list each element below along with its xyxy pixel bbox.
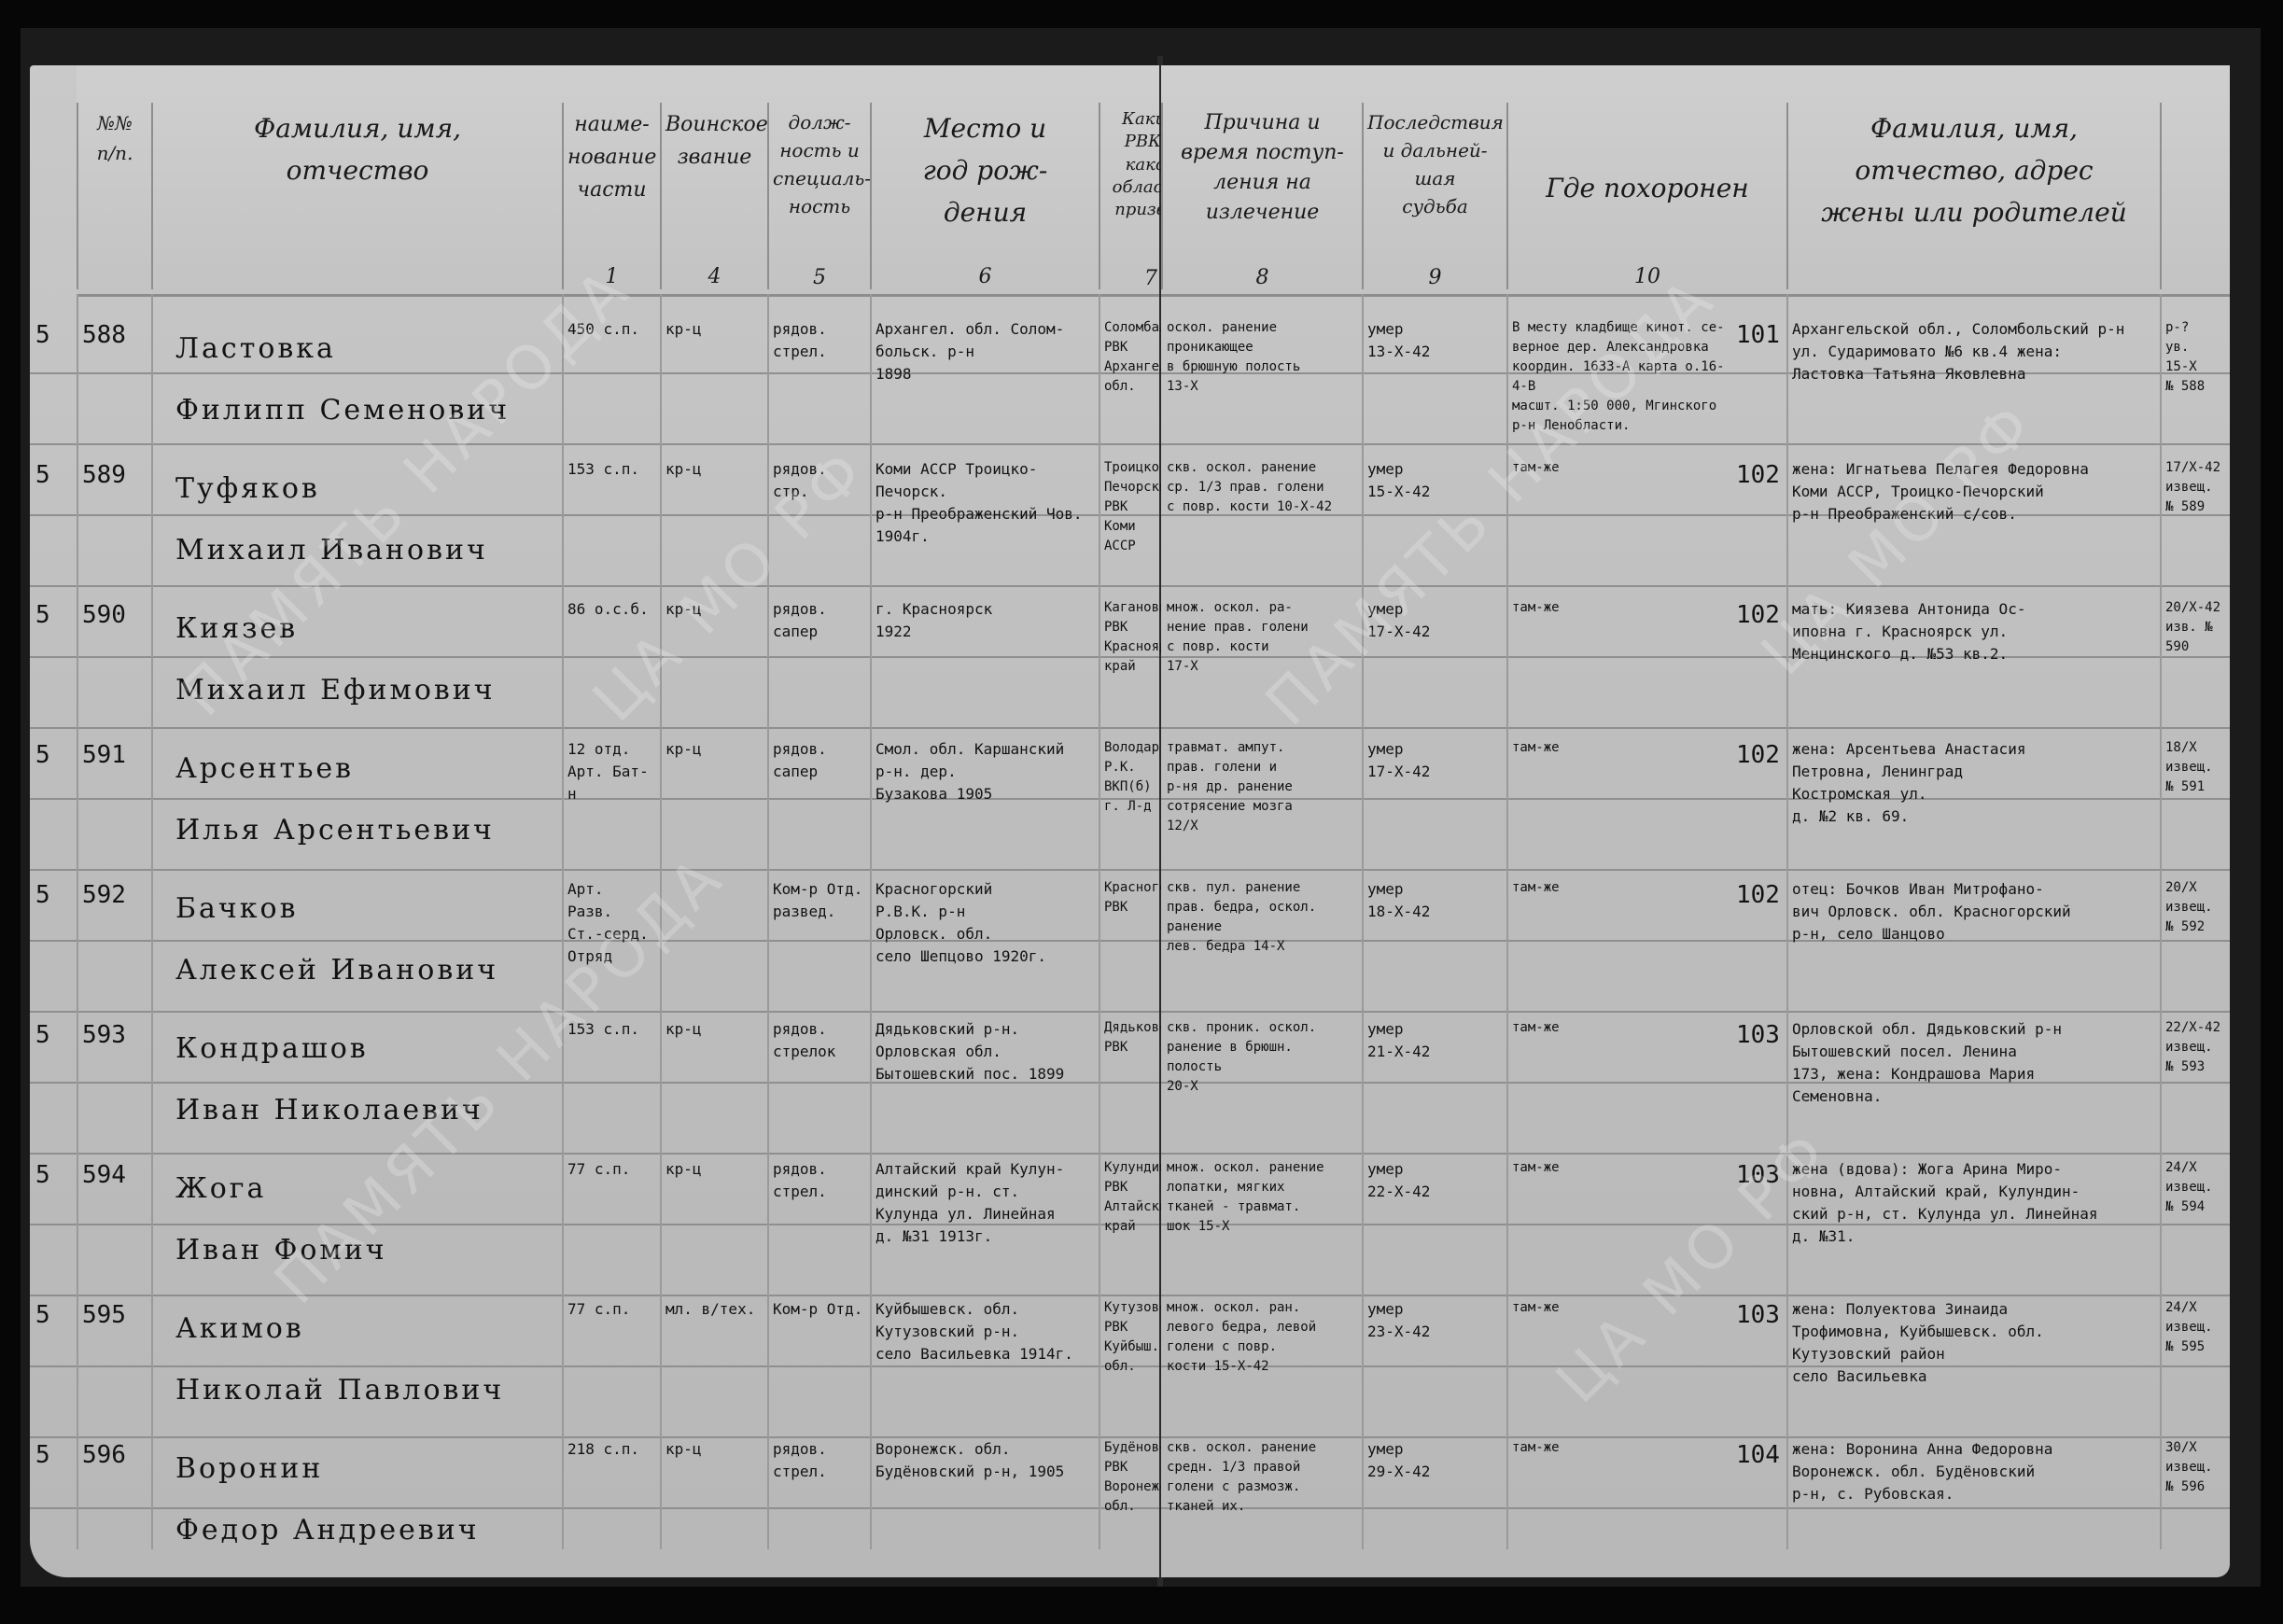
cell-no: 589 <box>77 456 151 583</box>
cell-note: 20/X-42 изв. № 590 <box>2160 596 2230 723</box>
cell-rvk: Володар. Р.К. ВКП(б) г. Л-д <box>1099 736 1164 863</box>
cell-relatives: жена: Полуектова Зинаида Трофимовна, Куй… <box>1786 1296 2160 1423</box>
col-header-num: 8 <box>1163 263 1362 293</box>
cell-relatives: Архангельской обл., Соломбольский р-н ул… <box>1786 316 2160 443</box>
cell-cause: оскол. ранение проникающее в брюшную пол… <box>1161 316 1362 443</box>
cell-no: 593 <box>77 1016 151 1143</box>
cell-outcome: умер 29-X-42 <box>1362 1436 1506 1563</box>
cell-margin: 5 <box>30 876 77 1003</box>
cell-outcome: умер 15-X-42 <box>1362 456 1506 583</box>
cell-relatives: отец: Бочков Иван Митрофано- вич Орловск… <box>1786 876 2160 1003</box>
cell-birth: Красногорский Р.В.К. р-н Орловск. обл. с… <box>870 876 1099 1003</box>
cell-birth: Дядьковский р-н. Орловская обл. Бытошевс… <box>870 1016 1099 1143</box>
soldier-name: Арсентьев Илья Арсентьевич <box>170 736 562 863</box>
cell-grave: 104 <box>1730 1436 1786 1563</box>
col-header-position: долж- ность и специаль- ность5 <box>767 103 870 289</box>
cell-birth: Воронежск. обл. Будёновский р-н, 1905 <box>870 1436 1099 1563</box>
cell-unit: Арт. Разв. Ст.-серд. Отряд <box>562 876 660 1003</box>
cell-outcome: умер 17-X-42 <box>1362 596 1506 723</box>
cell-outcome: умер 22-X-42 <box>1362 1156 1506 1283</box>
col-header-num: 4 <box>662 260 767 293</box>
soldier-name: Ластовка Филипп Семенович <box>170 316 562 443</box>
cell-burial: там-же <box>1506 456 1730 583</box>
cell-birth: Алтайский край Кулун- динский р-н. ст. К… <box>870 1156 1099 1283</box>
cell-cause: скв. пул. ранение прав. бедра, оскол. ра… <box>1161 876 1362 1003</box>
col-header-num: 9 <box>1364 262 1506 293</box>
left-header: №№ п/п. Фамилия, имя, отчество наиме- но… <box>77 65 1159 297</box>
cell-rank: кр-ц <box>660 1016 767 1143</box>
cell-grave: 102 <box>1730 456 1786 583</box>
cell-position: Ком-р Отд. развед. <box>767 876 870 1003</box>
register-row: множ. оскол. ра- нение прав. голени с по… <box>1161 583 2230 723</box>
col-header-outcome: Последствия и дальней- шая судьба9 <box>1362 103 1506 289</box>
cell-note: 24/X извещ. № 594 <box>2160 1156 2230 1283</box>
cell-burial: там-же <box>1506 1436 1730 1563</box>
cell-note: 17/X-42 извещ. № 589 <box>2160 456 2230 583</box>
cell-note: 18/X извещ. № 591 <box>2160 736 2230 863</box>
cell-margin: 5 <box>30 1296 77 1423</box>
register-row: множ. оскол. ран. левого бедра, левой го… <box>1161 1283 2230 1423</box>
register-row: 5590Киязев Михаил Ефимович86 о.с.б.кр-цр… <box>30 583 1159 723</box>
cell-position: рядов. стрел. <box>767 1156 870 1283</box>
cell-burial: В месту кладбище кинот. се- верное дер. … <box>1506 316 1730 443</box>
cell-margin: 5 <box>30 456 77 583</box>
soldier-name: Киязев Михаил Ефимович <box>170 596 562 723</box>
col-header-label: долж- ность и специаль- ность <box>773 111 871 217</box>
soldier-name: Воронин Федор Андреевич <box>170 1436 562 1563</box>
cell-rank: кр-ц <box>660 1156 767 1283</box>
cell-burial: там-же <box>1506 736 1730 863</box>
cell-burial: там-же <box>1506 1016 1730 1143</box>
cell-birth: г. Красноярск 1922 <box>870 596 1099 723</box>
cell-burial: там-же <box>1506 876 1730 1003</box>
cell-grave: 103 <box>1730 1156 1786 1283</box>
cell-outcome: умер 18-X-42 <box>1362 876 1506 1003</box>
col-header-name: Фамилия, имя, отчество <box>151 103 562 289</box>
cell-rvk: Кагановичский РВК Красноярск. край <box>1099 596 1164 723</box>
cell-position: рядов. сапер <box>767 736 870 863</box>
col-header-num: 5 <box>769 262 870 293</box>
cell-rvk: Будёновский РВК Воронежск. обл. <box>1099 1436 1164 1563</box>
register-book: №№ п/п. Фамилия, имя, отчество наиме- но… <box>21 28 2261 1587</box>
cell-birth: Архангел. обл. Солом- больск. р-н 1898 <box>870 316 1099 443</box>
soldier-name: Жога Иван Фомич <box>170 1156 562 1283</box>
cell-cause: множ. оскол. ран. левого бедра, левой го… <box>1161 1296 1362 1423</box>
cell-relatives: жена: Арсентьева Анастасия Петровна, Лен… <box>1786 736 2160 863</box>
soldier-name: Акимов Николай Павлович <box>170 1296 562 1423</box>
cell-rvk: Красногорск. РВК <box>1099 876 1164 1003</box>
cell-birth: Смол. обл. Каршанский р-н. дер. Бузакова… <box>870 736 1099 863</box>
soldier-name: Бачков Алексей Иванович <box>170 876 562 1003</box>
cell-unit: 12 отд. Арт. Бат-н <box>562 736 660 863</box>
cell-birth: Куйбышевск. обл. Кутузовский р-н. село В… <box>870 1296 1099 1423</box>
cell-no: 591 <box>77 736 151 863</box>
cell-unit: 86 о.с.б. <box>562 596 660 723</box>
cell-grave: 103 <box>1730 1296 1786 1423</box>
cell-cause: множ. оскол. ранение лопатки, мягких тка… <box>1161 1156 1362 1283</box>
cell-rvk: Дядьковский РВК <box>1099 1016 1164 1143</box>
cell-relatives: Орловской обл. Дядьковский р-н Бытошевск… <box>1786 1016 2160 1143</box>
cell-position: Ком-р Отд. <box>767 1296 870 1423</box>
register-row: 5592Бачков Алексей ИвановичАрт. Разв. Ст… <box>30 863 1159 1003</box>
col-header-rank: Воинское звание4 <box>660 103 767 289</box>
cell-outcome: умер 17-X-42 <box>1362 736 1506 863</box>
cell-grave: 102 <box>1730 596 1786 723</box>
cell-no: 590 <box>77 596 151 723</box>
cell-cause: множ. оскол. ра- нение прав. голени с по… <box>1161 596 1362 723</box>
cell-note: 22/X-42 извещ. № 593 <box>2160 1016 2230 1143</box>
col-header-label: Место и год рож- дения <box>923 113 1048 228</box>
cell-rvk: Троицко- Печорский РВК Коми АССР <box>1099 456 1164 583</box>
cell-rvk: Кулундинский РВК Алтайский край <box>1099 1156 1164 1283</box>
cell-burial: там-же <box>1506 1296 1730 1423</box>
register-row: 5588Ластовка Филипп Семенович450 с.п.кр-… <box>30 303 1159 443</box>
register-row: 5595Акимов Николай Павлович77 с.п.мл. в/… <box>30 1283 1159 1423</box>
cell-burial: там-же <box>1506 1156 1730 1283</box>
cell-margin: 5 <box>30 1156 77 1283</box>
cell-cause: скв. оскол. ранение ср. 1/3 прав. голени… <box>1161 456 1362 583</box>
col-header-birth: Место и год рож- дения6 <box>870 103 1099 289</box>
soldier-name: Кондрашов Иван Николаевич <box>170 1016 562 1143</box>
cell-position: рядов. стрелок <box>767 1016 870 1143</box>
cell-birth: Коми АССР Троицко-Печорск. р-н Преображе… <box>870 456 1099 583</box>
register-row: скв. проник. оскол. ранение в брюшн. пол… <box>1161 1003 2230 1143</box>
cell-note: 30/X извещ. № 596 <box>2160 1436 2230 1563</box>
col-header-label: Причина и время поступ- ления на излечен… <box>1181 111 1344 224</box>
cell-relatives: мать: Киязева Антонида Ос- иповна г. Кра… <box>1786 596 2160 723</box>
cell-note: 24/X извещ. № 595 <box>2160 1296 2230 1423</box>
cell-position: рядов. стрел. <box>767 316 870 443</box>
cell-no: 594 <box>77 1156 151 1283</box>
cell-cause: травмат. ампут. прав. голени и р-ня др. … <box>1161 736 1362 863</box>
register-row: оскол. ранение проникающее в брюшную пол… <box>1161 303 2230 443</box>
cell-unit: 77 с.п. <box>562 1156 660 1283</box>
cell-position: рядов. стрел. <box>767 1436 870 1563</box>
col-header-relatives: Фамилия, имя, отчество, адрес жены или р… <box>1786 103 2160 289</box>
cell-cause: скв. оскол. ранение средн. 1/3 правой го… <box>1161 1436 1362 1563</box>
col-header-cause: Причина и время поступ- ления на излечен… <box>1161 103 1362 289</box>
register-row: травмат. ампут. прав. голени и р-ня др. … <box>1161 723 2230 863</box>
right-page: Причина и время поступ- ления на излечен… <box>1161 65 2230 1577</box>
cell-cause: скв. проник. оскол. ранение в брюшн. пол… <box>1161 1016 1362 1143</box>
cell-unit: 153 с.п. <box>562 1016 660 1143</box>
cell-margin: 5 <box>30 1016 77 1143</box>
cell-grave: 102 <box>1730 876 1786 1003</box>
cell-rank: кр-ц <box>660 596 767 723</box>
col-header-num: 1 <box>564 260 660 293</box>
cell-position: рядов. стр. <box>767 456 870 583</box>
cell-rank: мл. в/тех. <box>660 1296 767 1423</box>
cell-no: 592 <box>77 876 151 1003</box>
col-header-label: №№ п/п. <box>97 112 133 164</box>
cell-margin: 5 <box>30 596 77 723</box>
register-row: скв. оскол. ранение средн. 1/3 правой го… <box>1161 1423 2230 1563</box>
cell-unit: 218 с.п. <box>562 1436 660 1563</box>
col-header-unit: наиме- нование части1 <box>562 103 660 289</box>
cell-no: 588 <box>77 316 151 443</box>
col-header-number: №№ п/п. <box>77 103 151 289</box>
col-header-num: 6 <box>872 260 1099 293</box>
col-header-label: Где похоронен <box>1546 173 1749 203</box>
col-header-notes <box>2160 103 2230 289</box>
cell-position: рядов. сапер <box>767 596 870 723</box>
soldier-name: Туфяков Михаил Иванович <box>170 456 562 583</box>
cell-grave: 101 <box>1730 316 1786 443</box>
col-header-label: наиме- нование части <box>567 113 656 202</box>
cell-unit: 77 с.п. <box>562 1296 660 1423</box>
cell-no: 595 <box>77 1296 151 1423</box>
cell-margin: 5 <box>30 736 77 863</box>
register-row: 5591Арсентьев Илья Арсентьевич12 отд. Ар… <box>30 723 1159 863</box>
cell-rank <box>660 876 767 1003</box>
cell-rvk: Кутузовский РВК Куйбыш. обл. <box>1099 1296 1164 1423</box>
register-row: множ. оскол. ранение лопатки, мягких тка… <box>1161 1143 2230 1283</box>
col-header-label: Последствия и дальней- шая судьба <box>1367 111 1504 217</box>
cell-rank: кр-ц <box>660 1436 767 1563</box>
register-row: 5589Туфяков Михаил Иванович153 с.п.кр-цр… <box>30 443 1159 583</box>
cell-rank: кр-ц <box>660 736 767 863</box>
col-header-label: Фамилия, имя, отчество <box>254 113 461 186</box>
cell-rank: кр-ц <box>660 316 767 443</box>
cell-note: р-? ув. 15-X № 588 <box>2160 316 2230 443</box>
cell-grave: 103 <box>1730 1016 1786 1143</box>
cell-rank: кр-ц <box>660 456 767 583</box>
cell-note: 20/X извещ. № 592 <box>2160 876 2230 1003</box>
col-header-num: 10 <box>1508 260 1786 293</box>
cell-relatives: жена: Игнатьева Пелагея Федоровна Коми А… <box>1786 456 2160 583</box>
register-row: скв. пул. ранение прав. бедра, оскол. ра… <box>1161 863 2230 1003</box>
register-row: скв. оскол. ранение ср. 1/3 прав. голени… <box>1161 443 2230 583</box>
register-row: 5593Кондрашов Иван Николаевич153 с.п.кр-… <box>30 1003 1159 1143</box>
cell-grave: 102 <box>1730 736 1786 863</box>
left-page: №№ п/п. Фамилия, имя, отчество наиме- но… <box>30 65 1159 1577</box>
cell-burial: там-же <box>1506 596 1730 723</box>
cell-margin: 5 <box>30 316 77 443</box>
cell-rvk: Соломбальский РВК Архангел. обл. <box>1099 316 1164 443</box>
col-header-label: Воинское звание <box>665 113 768 169</box>
cell-unit: 450 с.п. <box>562 316 660 443</box>
cell-unit: 153 с.п. <box>562 456 660 583</box>
cell-no: 596 <box>77 1436 151 1563</box>
col-header-burial: Где похоронен10 <box>1506 103 1786 289</box>
right-header: Причина и время поступ- ления на излечен… <box>1161 65 2230 297</box>
register-row: 5596Воронин Федор Андреевич218 с.п.кр-цр… <box>30 1423 1159 1563</box>
cell-margin: 5 <box>30 1436 77 1563</box>
register-row: 5594Жога Иван Фомич77 с.п.кр-црядов. стр… <box>30 1143 1159 1283</box>
cell-relatives: жена: Воронина Анна Федоровна Воронежск.… <box>1786 1436 2160 1563</box>
cell-outcome: умер 13-X-42 <box>1362 316 1506 443</box>
cell-relatives: жена (вдова): Жога Арина Миро- новна, Ал… <box>1786 1156 2160 1283</box>
cell-outcome: умер 21-X-42 <box>1362 1016 1506 1143</box>
cell-outcome: умер 23-X-42 <box>1362 1296 1506 1423</box>
col-header-label: Фамилия, имя, отчество, адрес жены или р… <box>1821 113 2126 228</box>
